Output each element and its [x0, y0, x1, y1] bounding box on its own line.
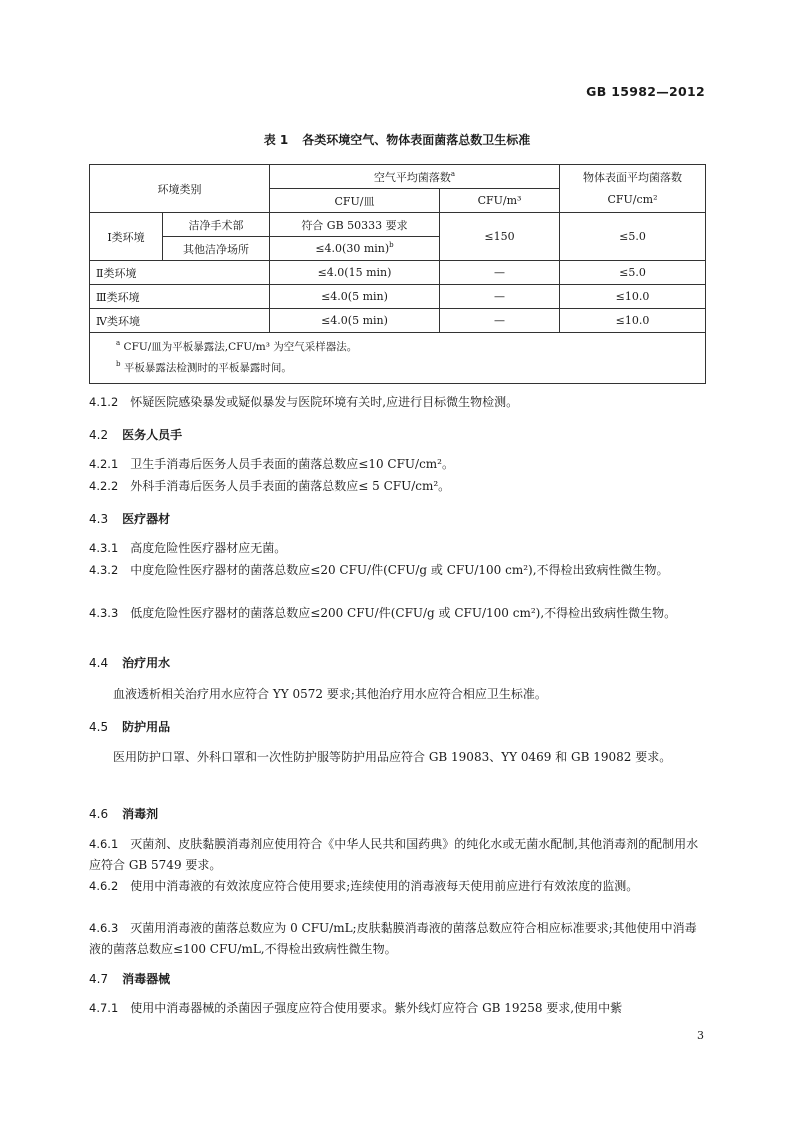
- cell-cfu-m3: —: [440, 309, 560, 333]
- section-heading-4-3: 4.3医疗器材: [89, 510, 170, 527]
- clause-4-1-2: 4.1.2怀疑医院感染暴发或疑似暴发与医院环境有关时,应进行目标微生物检测。: [89, 392, 705, 412]
- cell-cfu-m3: ≤150: [440, 213, 560, 261]
- cell-subcategory: 其他洁净场所: [163, 237, 270, 261]
- table-row: Ⅰ类环境 洁净手术部 符合 GB 50333 要求 ≤150 ≤5.0: [90, 213, 706, 237]
- footnote-mark: a: [451, 170, 455, 178]
- page-number: 3: [697, 1029, 704, 1042]
- header-cfu-dish: CFU/皿: [270, 189, 440, 213]
- section-4-4-text: 血液透析相关治疗用水应符合 YY 0572 要求;其他治疗用水应符合相应卫生标准…: [89, 684, 705, 704]
- cell-cfu-dish: 符合 GB 50333 要求: [270, 213, 440, 237]
- standard-number: GB 15982—2012: [586, 84, 705, 99]
- clause-4-3-3: 4.3.3低度危险性医疗器材的菌落总数应≤200 CFU/件(CFU/g 或 C…: [89, 603, 705, 624]
- clause-4-6-2: 4.6.2使用中消毒液的有效浓度应符合使用要求;连续使用的消毒液每天使用前应进行…: [89, 876, 705, 897]
- header-air-avg: 空气平均菌落数a: [270, 165, 560, 189]
- cell-category: Ⅳ类环境: [90, 309, 270, 333]
- cell-cfu-cm2: ≤5.0: [560, 213, 706, 261]
- cell-cfu-dish: ≤4.0(30 min)b: [270, 237, 440, 261]
- cell-category: Ⅲ类环境: [90, 285, 270, 309]
- hygiene-standard-table: 环境类别 空气平均菌落数a 物体表面平均菌落数CFU/cm² CFU/皿 CFU…: [89, 164, 706, 384]
- table-notes-row: a CFU/皿为平板暴露法,CFU/m³ 为空气采样器法。 b 平板暴露法检测时…: [90, 333, 706, 384]
- section-heading-4-2: 4.2医务人员手: [89, 426, 182, 443]
- cell-cfu-cm2: ≤10.0: [560, 309, 706, 333]
- header-cfu-m3: CFU/m³: [440, 189, 560, 213]
- cell-cfu-m3: —: [440, 261, 560, 285]
- section-4-5-text: 医用防护口罩、外科口罩和一次性防护服等防护用品应符合 GB 19083、YY 0…: [89, 746, 705, 768]
- header-surface-avg: 物体表面平均菌落数CFU/cm²: [560, 165, 706, 213]
- clause-4-2-2: 4.2.2外科手消毒后医务人员手表面的菌落总数应≤ 5 CFU/cm²。: [89, 476, 705, 496]
- header-env-category: 环境类别: [90, 165, 270, 213]
- cell-cfu-m3: —: [440, 285, 560, 309]
- clause-4-6-3: 4.6.3灭菌用消毒液的菌落总数应为 0 CFU/mL;皮肤黏膜消毒液的菌落总数…: [89, 918, 705, 960]
- table-title: 表 1各类环境空气、物体表面菌落总数卫生标准: [0, 131, 794, 148]
- section-heading-4-5: 4.5防护用品: [89, 718, 170, 735]
- table-row: Ⅳ类环境 ≤4.0(5 min) — ≤10.0: [90, 309, 706, 333]
- cell-category: Ⅰ类环境: [90, 213, 163, 261]
- cell-cfu-dish: ≤4.0(5 min): [270, 309, 440, 333]
- cell-cfu-cm2: ≤5.0: [560, 261, 706, 285]
- table-row: Ⅱ类环境 ≤4.0(15 min) — ≤5.0: [90, 261, 706, 285]
- table-note: a CFU/皿为平板暴露法,CFU/m³ 为空气采样器法。: [116, 337, 705, 358]
- clause-4-6-1: 4.6.1灭菌剂、皮肤黏膜消毒剂应使用符合《中华人民共和国药典》的纯化水或无菌水…: [89, 834, 705, 876]
- table-number: 表 1: [264, 133, 289, 147]
- cell-cfu-dish: ≤4.0(15 min): [270, 261, 440, 285]
- table-notes: a CFU/皿为平板暴露法,CFU/m³ 为空气采样器法。 b 平板暴露法检测时…: [90, 333, 706, 384]
- clause-4-3-1: 4.3.1高度危险性医疗器材应无菌。: [89, 538, 705, 558]
- table-header-row: 环境类别 空气平均菌落数a 物体表面平均菌落数CFU/cm²: [90, 165, 706, 189]
- table-note: b 平板暴露法检测时的平板暴露时间。: [116, 358, 705, 379]
- section-heading-4-6: 4.6消毒剂: [89, 805, 158, 822]
- table-row: Ⅲ类环境 ≤4.0(5 min) — ≤10.0: [90, 285, 706, 309]
- section-heading-4-4: 4.4治疗用水: [89, 654, 170, 671]
- footnote-mark: b: [389, 241, 393, 249]
- cell-category: Ⅱ类环境: [90, 261, 270, 285]
- clause-4-3-2: 4.3.2中度危险性医疗器材的菌落总数应≤20 CFU/件(CFU/g 或 CF…: [89, 560, 705, 581]
- cell-cfu-cm2: ≤10.0: [560, 285, 706, 309]
- section-heading-4-7: 4.7消毒器械: [89, 970, 170, 987]
- cell-subcategory: 洁净手术部: [163, 213, 270, 237]
- clause-4-2-1: 4.2.1卫生手消毒后医务人员手表面的菌落总数应≤10 CFU/cm²。: [89, 454, 705, 474]
- cell-cfu-dish: ≤4.0(5 min): [270, 285, 440, 309]
- clause-4-7-1: 4.7.1使用中消毒器械的杀菌因子强度应符合使用要求。紫外线灯应符合 GB 19…: [89, 998, 705, 1018]
- table-title-text: 各类环境空气、物体表面菌落总数卫生标准: [302, 133, 530, 147]
